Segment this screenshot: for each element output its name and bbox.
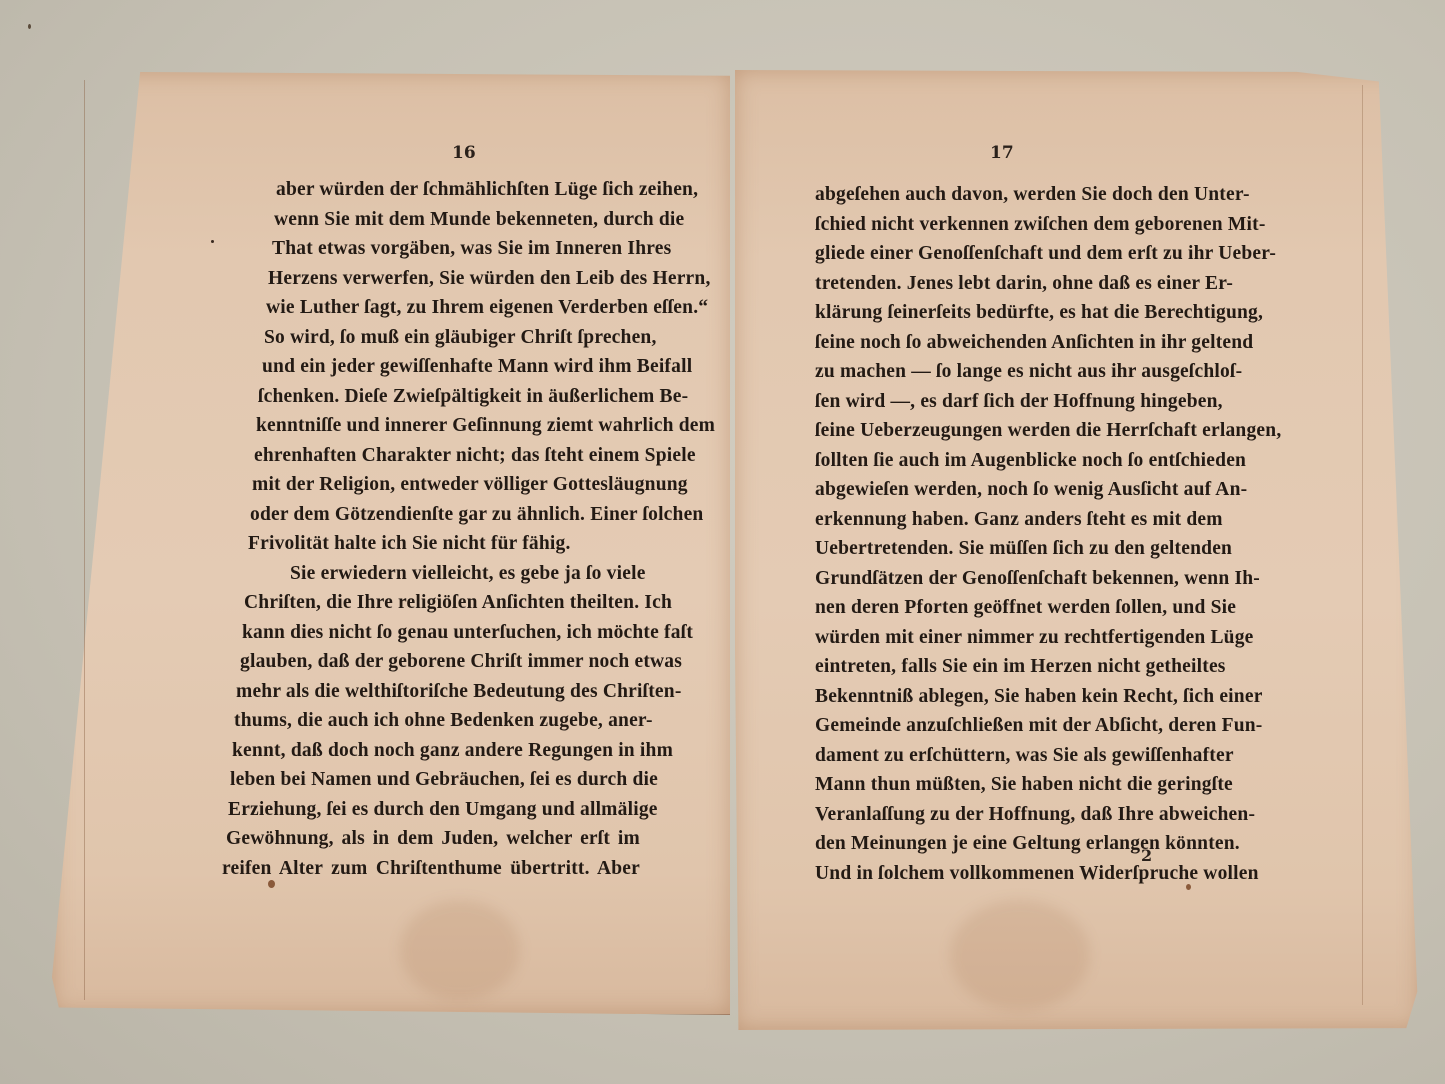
text-line: mit der Religion, entweder völliger Gott… <box>222 470 640 500</box>
text-line: Sie erwiedern vielleicht, es gebe ja ſo … <box>222 559 640 589</box>
text-line: ſchenken. Dieſe Zwieſpältigkeit in äußer… <box>222 382 640 412</box>
text-line: wie Luther ſagt, zu Ihrem eigenen Verder… <box>222 293 640 323</box>
text-line: klärung ſeinerſeits bedürfte, es hat die… <box>815 298 1187 328</box>
text-line: oder dem Götzendienſte gar zu ähnlich. E… <box>222 500 640 530</box>
text-line: nen deren Pforten geöffnet werden ſollen… <box>815 593 1211 623</box>
text-line: den Meinungen je eine Geltung erlangen k… <box>815 829 1229 859</box>
foxing-stain <box>950 900 1090 1010</box>
text-line: tretenden. Jenes lebt darin, ohne daß es… <box>815 269 1183 299</box>
text-line: mehr als die welthiſtoriſche Bedeutung d… <box>222 677 640 707</box>
text-line: ehrenhaften Charakter nicht; das ſteht e… <box>222 441 640 471</box>
text-line: Erziehung, ſei es durch den Umgang und a… <box>222 795 640 825</box>
text-line: kennt, daß doch noch ganz andere Regunge… <box>222 736 640 766</box>
text-line: würden mit einer nimmer zu rechtfertigen… <box>815 623 1213 653</box>
text-line: kann dies nicht ſo genau unterſuchen, ic… <box>222 618 640 648</box>
text-line: glauben, daß der geborene Chriſt immer n… <box>222 647 640 677</box>
page-number-right: 17 <box>990 143 1014 163</box>
page-number-left: 16 <box>452 143 476 163</box>
right-page-text: abgeſehen auch davon, werden Sie doch de… <box>815 180 1233 888</box>
signature-mark: 2 <box>1141 846 1152 865</box>
text-line: Frivolität halte ich Sie nicht für fähig… <box>222 529 640 559</box>
text-line: ſchied nicht verkennen zwiſchen dem gebo… <box>815 210 1179 240</box>
text-line: Bekenntniß ablegen, Sie haben kein Recht… <box>815 682 1219 712</box>
foxing-stain <box>400 900 520 1000</box>
text-line: ſen wird —, es darf ſich der Hoffnung hi… <box>815 387 1193 417</box>
text-line: und ein jeder gewiſſenhafte Mann wird ih… <box>222 352 640 382</box>
text-line: Grundſätzen der Genoſſenſchaft bekennen,… <box>815 564 1209 594</box>
text-line: ſollten ſie auch im Augenblicke noch ſo … <box>815 446 1199 476</box>
text-line: wenn Sie mit dem Munde bekenneten, durch… <box>222 205 640 235</box>
text-line: Veranlaſſung zu der Hoffnung, daß Ihre a… <box>815 800 1227 830</box>
background-speck <box>28 24 31 29</box>
text-line: abgeſehen auch davon, werden Sie doch de… <box>815 180 1177 210</box>
text-line: erkennung haben. Ganz anders ſteht es mi… <box>815 505 1203 535</box>
text-line: So wird, ſo muß ein gläubiger Chriſt ſpr… <box>222 323 640 353</box>
text-line: Gewöhnung, als in dem Juden, welcher erſ… <box>222 824 640 854</box>
text-line: Herzens verwerfen, Sie würden den Leib d… <box>222 264 640 294</box>
text-line: Uebertretenden. Sie müſſen ſich zu den g… <box>815 534 1207 564</box>
text-line: reifen Alter zum Chriſtenthume übertritt… <box>222 854 640 884</box>
margin-dot <box>211 240 214 243</box>
left-page-text: aber würden der ſchmählichſten Lüge ſich… <box>222 175 640 883</box>
text-line: leben bei Namen und Gebräuchen, ſei es d… <box>222 765 640 795</box>
text-line: dament zu erſchüttern, was Sie als gewiſ… <box>815 741 1223 771</box>
text-line: kenntniſſe und innerer Geſinnung ziemt w… <box>222 411 640 441</box>
text-line: eintreten, falls Sie ein im Herzen nicht… <box>815 652 1215 682</box>
text-line: gliede einer Genoſſenſchaft und dem erſt… <box>815 239 1181 269</box>
text-line: abgewieſen werden, noch ſo wenig Ausſich… <box>815 475 1201 505</box>
text-line: Chriſten, die Ihre religiöſen Anſichten … <box>222 588 640 618</box>
text-line: thums, die auch ich ohne Bedenken zugebe… <box>222 706 640 736</box>
text-line: Mann thun müßten, Sie haben nicht die ge… <box>815 770 1225 800</box>
right-page-edge <box>1362 85 1363 1005</box>
text-line: Und in ſolchem vollkommenen Widerſpruche… <box>815 859 1233 889</box>
text-line: ſeine Ueberzeugungen werden die Herrſcha… <box>815 416 1195 446</box>
text-line: ſeine noch ſo abweichenden Anſichten in … <box>815 328 1189 358</box>
text-line: aber würden der ſchmählichſten Lüge ſich… <box>222 175 640 205</box>
left-page-edge <box>62 80 85 1000</box>
text-line: zu machen — ſo lange es nicht aus ihr au… <box>815 357 1191 387</box>
text-line: That etwas vorgäben, was Sie im Inneren … <box>222 234 640 264</box>
text-line: Gemeinde anzuſchließen mit der Abſicht, … <box>815 711 1221 741</box>
